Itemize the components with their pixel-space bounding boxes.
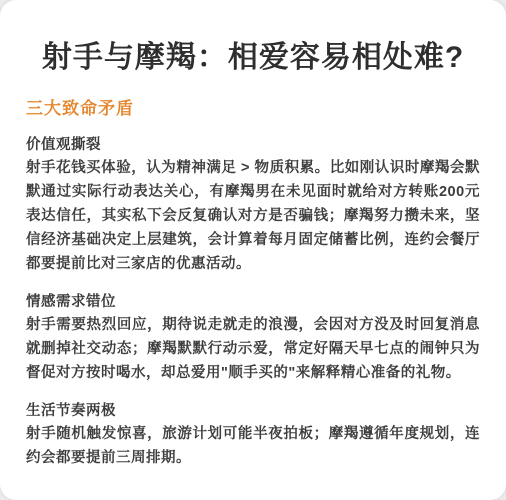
section-body: 射手需要热烈回应，期待说走就走的浪漫，会因对方没及时回复消息就删掉社交动态；摩羯…: [26, 313, 480, 385]
section-body: 射手随机触发惊喜，旅游计划可能半夜拍板；摩羯遵循年度规划，连约会都要提前三周排期…: [26, 422, 480, 470]
accent-heading: 三大致命矛盾: [26, 94, 480, 119]
section-heading: 情感需求错位: [26, 290, 480, 311]
article-card: 射手与摩羯：相爱容易相处难? 三大致命矛盾 价值观撕裂 射手花钱买体验，认为精神…: [0, 0, 506, 500]
section-body: 射手花钱买体验，认为精神满足 > 物质积累。比如刚认识时摩羯会默默通过实际行动表…: [26, 156, 480, 276]
section-emotional-mismatch: 情感需求错位 射手需要热烈回应，期待说走就走的浪漫，会因对方没及时回复消息就删掉…: [26, 290, 480, 385]
section-values-conflict: 价值观撕裂 射手花钱买体验，认为精神满足 > 物质积累。比如刚认识时摩羯会默默通…: [26, 133, 480, 276]
section-lifestyle-pace: 生活节奏两极 射手随机触发惊喜，旅游计划可能半夜拍板；摩羯遵循年度规划，连约会都…: [26, 399, 480, 470]
section-heading: 价值观撕裂: [26, 133, 480, 154]
section-heading: 生活节奏两极: [26, 399, 480, 420]
page-title: 射手与摩羯：相爱容易相处难?: [30, 40, 476, 76]
